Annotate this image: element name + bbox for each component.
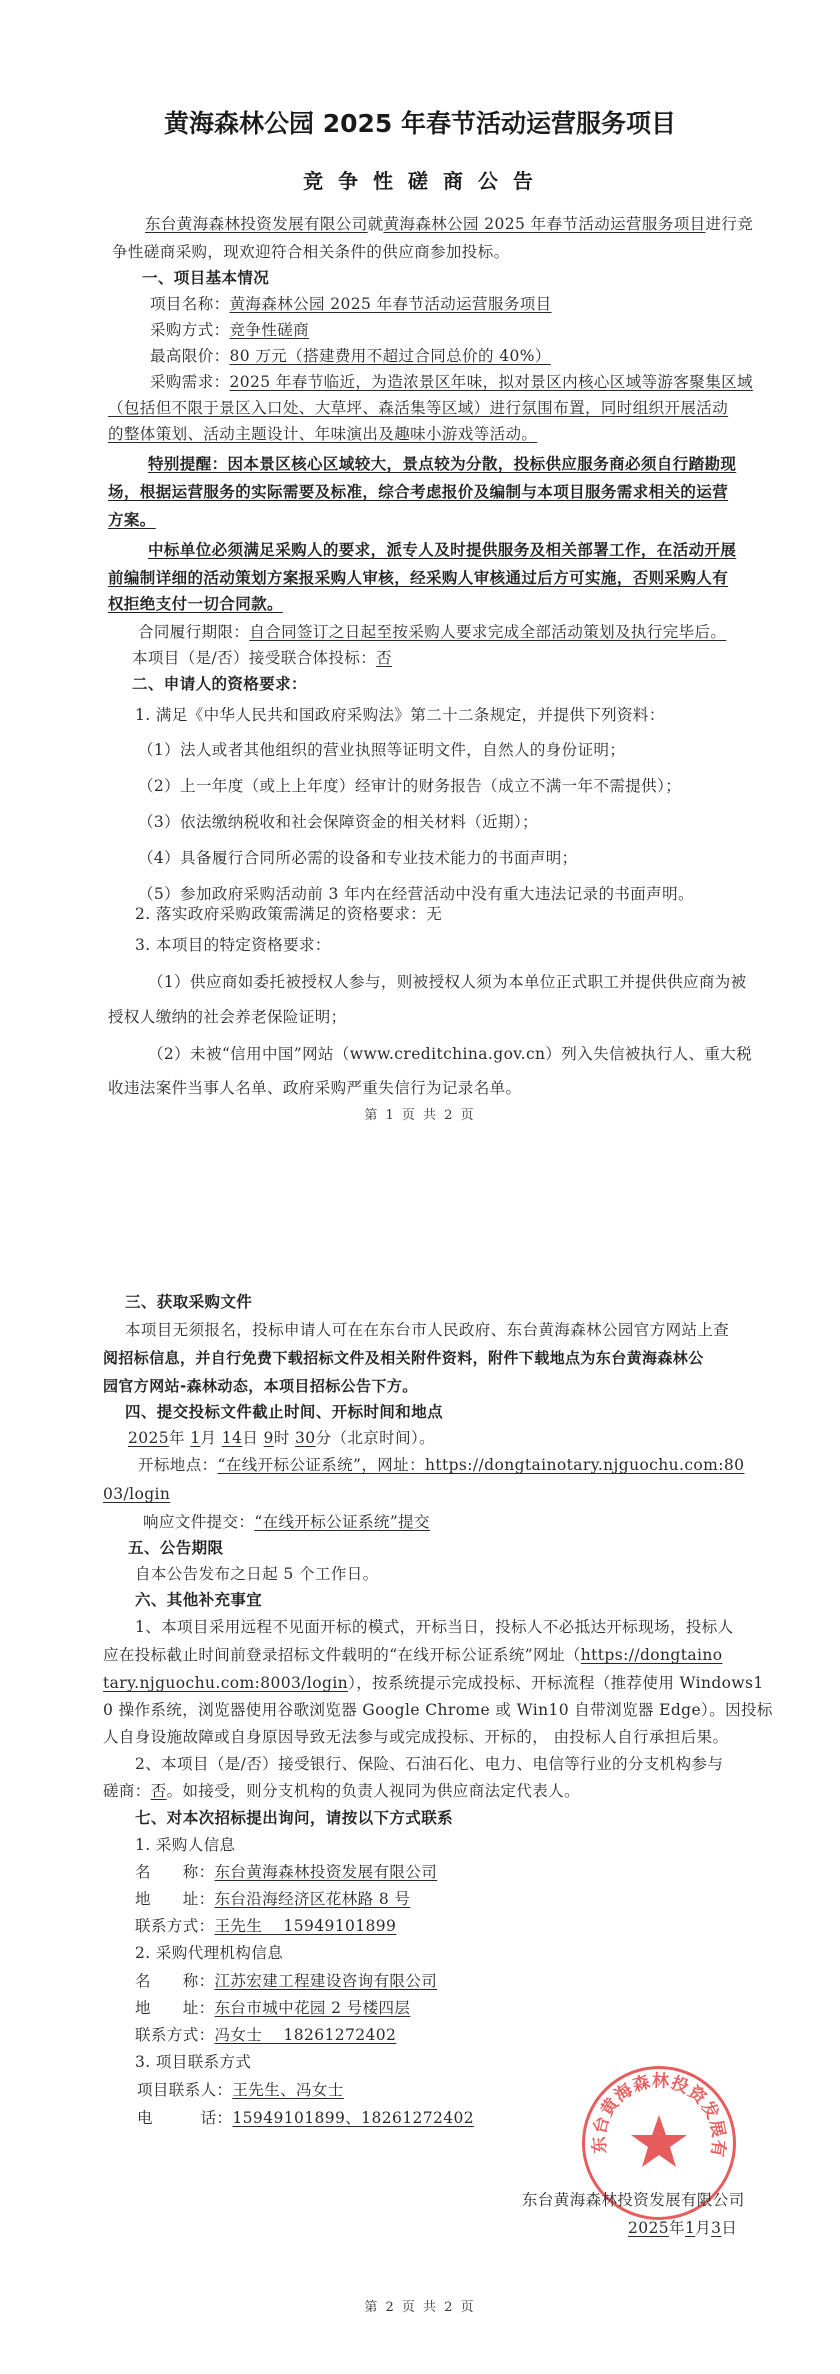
section4-heading: 四、提交投标文件截止时间、开标时间和地点 bbox=[125, 1402, 443, 1422]
section6-item2-line-2: 磋商：否。如接受，则分支机构的负责人视同为供应商法定代表人。 bbox=[103, 1781, 580, 1801]
purchaser-contact-row: 联系方式：王先生 15949101899 bbox=[135, 1916, 396, 1936]
reminder-line-1: 特别提醒：因本景区核心区域较大，景点较为分散，投标供应服务商必须自行踏勘现 bbox=[148, 454, 736, 474]
intro-line-2: 争性磋商采购，现欢迎符合相关条件的供应商参加投标。 bbox=[112, 242, 510, 262]
purchaser-name: 东台黄海森林投资发展有限公司 bbox=[145, 215, 368, 233]
project-name: 黄海森林公园 2025 年春节活动运营服务项目 bbox=[384, 215, 706, 233]
system-url-link[interactable]: https://dongtaino bbox=[581, 1646, 723, 1664]
page-1-footer: 第 1 页 共 2 页 bbox=[0, 1104, 840, 1123]
req1-item-4: （4）具备履行合同所必需的设备和专业技术能力的书面声明； bbox=[138, 848, 578, 868]
open-location-link-cont[interactable]: 03/login bbox=[103, 1484, 170, 1504]
intro-line-1: 东台黄海森林投资发展有限公司就黄海森林公园 2025 年春节活动运营服务项目进行… bbox=[145, 214, 753, 234]
req2: 2. 落实政府采购政策需满足的资格要求：无 bbox=[135, 904, 442, 924]
req3-item-2-line-1: （2）未被“信用中国”网站（www.creditchina.gov.cn）列入失… bbox=[148, 1044, 752, 1064]
contract-term-row: 合同履行期限：自合同签订之日起至按采购人要求完成全部活动策划及执行完毕后。 bbox=[138, 622, 726, 642]
max-price-row: 最高限价：80 万元（搭建费用不超过合同总价的 40%） bbox=[150, 346, 551, 366]
demand-row: 采购需求：2025 年春节临近，为造浓景区年味，拟对景区内核心区域等游客聚集区域 bbox=[150, 372, 753, 392]
purchaser-heading: 1. 采购人信息 bbox=[135, 1835, 235, 1855]
consortium-row: 本项目（是/否）接受联合体投标：否 bbox=[132, 648, 392, 668]
winner-line-1: 中标单位必须满足采购人的要求，派专人及时提供服务及相关部署工作，在活动开展 bbox=[148, 540, 736, 560]
project-person-row: 项目联系人：王先生、冯女士 bbox=[137, 2080, 344, 2100]
winner-line-2: 前编制详细的活动策划方案报采购人审核，经采购人审核通过后方可实施，否则采购人有 bbox=[108, 568, 728, 588]
section6-item1-line-2: 应在投标截止时间前登录招标文件载明的“在线开标公证系统”网址（https://d… bbox=[103, 1645, 722, 1665]
reminder-line-3: 方案。 bbox=[108, 510, 156, 530]
page-2-footer: 第 2 页 共 2 页 bbox=[0, 2296, 840, 2315]
section2-heading: 二、申请人的资格要求： bbox=[132, 674, 307, 694]
winner-line-3: 权拒绝支付一切合同款。 bbox=[108, 594, 283, 614]
open-location-row: 开标地点：“在线开标公证系统”，网址：https://dongtainotary… bbox=[138, 1455, 744, 1475]
req3-item-1-line-2: 授权人缴纳的社会养老保险证明； bbox=[108, 1007, 347, 1027]
purchaser-name-row: 名 称：东台黄海森林投资发展有限公司 bbox=[135, 1862, 437, 1882]
section3-line-3: 园官方网站-森林动态，本项目招标公告下方。 bbox=[103, 1376, 418, 1396]
req1-item-3: （3）依法缴纳税收和社会保障资金的相关材料（近期）； bbox=[138, 812, 538, 832]
section3-line-2: 阅招标信息，并自行免费下载招标文件及相关附件资料，附件下载地点为东台黄海森林公 bbox=[103, 1348, 704, 1368]
section1-heading: 一、项目基本情况 bbox=[142, 268, 269, 288]
req1: 1. 满足《中华人民共和国政府采购法》第二十二条规定，并提供下列资料： bbox=[135, 705, 665, 725]
req1-item-1: （1）法人或者其他组织的营业执照等证明文件，自然人的身份证明； bbox=[138, 740, 625, 760]
submit-row: 响应文件提交：“在线开标公证系统”提交 bbox=[143, 1512, 430, 1532]
req1-item-5: （5）参加政府采购活动前 3 年内在经营活动中没有重大违法记录的书面声明。 bbox=[138, 884, 694, 904]
agency-contact-row: 联系方式：冯女士 18261272402 bbox=[135, 2025, 396, 2045]
section6-item1-line-3: tary.njguochu.com:8003/login），按系统提示完成投标、… bbox=[103, 1673, 764, 1693]
project-contact-heading: 3. 项目联系方式 bbox=[135, 2052, 251, 2072]
project-phone-row: 电 话：15949101899、18261272402 bbox=[137, 2108, 474, 2128]
section3-line-1: 本项目无须报名，投标申请人可在在东台市人民政府、东台黄海森林公园官方网站上查 bbox=[125, 1320, 729, 1340]
section6-heading: 六、其他补充事宜 bbox=[135, 1590, 262, 1610]
section6-item1-line-1: 1、本项目采用远程不见面开标的模式，开标当日，投标人不必抵达开标现场，投标人 bbox=[135, 1617, 734, 1637]
req3: 3. 本项目的特定资格要求： bbox=[135, 935, 331, 955]
method-row: 采购方式：竞争性磋商 bbox=[150, 320, 309, 340]
agency-addr-row: 地 址：东台市城中花园 2 号楼四层 bbox=[135, 1998, 410, 2018]
deadline-row: 2025年 1月 14日 9时 30分（北京时间）。 bbox=[128, 1428, 435, 1448]
signature-date: 2025年1月3日 bbox=[628, 2218, 737, 2238]
demand-line-2: （包括但不限于景区入口处、大草坪、森活集等区域）进行氛围布置，同时组织开展活动 bbox=[108, 398, 728, 418]
req3-item-1-line-1: （1）供应商如委托被授权人参与，则被授权人须为本单位正式职工并提供供应商为被 bbox=[148, 972, 747, 992]
system-url-link-cont[interactable]: tary.njguochu.com:8003/login bbox=[103, 1674, 348, 1692]
document-subtitle: 竞 争 性 磋 商 公 告 bbox=[0, 165, 840, 194]
document-title: 黄海森林公园 2025 年春节活动运营服务项目 bbox=[0, 104, 840, 140]
section6-item1-line-4: 0 操作系统，浏览器使用谷歌浏览器 Google Chrome 或 Win10 … bbox=[103, 1700, 773, 1720]
reminder-line-2: 场，根据运营服务的实际需要及标准，综合考虑报价及编制与本项目服务需求相关的运营 bbox=[108, 482, 728, 502]
project-name-row: 项目名称：黄海森林公园 2025 年春节活动运营服务项目 bbox=[150, 294, 552, 314]
section5-text: 自本公告发布之日起 5 个工作日。 bbox=[135, 1564, 379, 1584]
section7-heading: 七、对本次招标提出询问，请按以下方式联系 bbox=[135, 1808, 453, 1828]
agency-name-row: 名 称：江苏宏建工程建设咨询有限公司 bbox=[135, 1971, 437, 1991]
agency-heading: 2. 采购代理机构信息 bbox=[135, 1943, 283, 1963]
section5-heading: 五、公告期限 bbox=[128, 1538, 223, 1558]
signature-company: 东台黄海森林投资发展有限公司 bbox=[522, 2190, 745, 2210]
section6-item2-line-1: 2、本项目（是/否）接受银行、保险、石油石化、电力、电信等行业的分支机构参与 bbox=[135, 1754, 723, 1774]
section6-item1-line-5: 人自身设施故障或自身原因导致无法参与或完成投标、开标的， 由投标人自行承担后果。 bbox=[103, 1727, 728, 1747]
purchaser-addr-row: 地 址：东台沿海经济区花林路 8 号 bbox=[135, 1889, 410, 1909]
req3-item-2-line-2: 收违法案件当事人名单、政府采购严重失信行为记录名单。 bbox=[108, 1078, 521, 1098]
demand-line-3: 的整体策划、活动主题设计、年味演出及趣味小游戏等活动。 bbox=[108, 424, 537, 444]
section3-heading: 三、获取采购文件 bbox=[125, 1292, 252, 1312]
open-location-link[interactable]: “在线开标公证系统”，网址：https://dongtainotary.njgu… bbox=[218, 1456, 745, 1474]
req1-item-2: （2）上一年度（或上上年度）经审计的财务报告（成立不满一年不需提供）； bbox=[138, 776, 681, 796]
